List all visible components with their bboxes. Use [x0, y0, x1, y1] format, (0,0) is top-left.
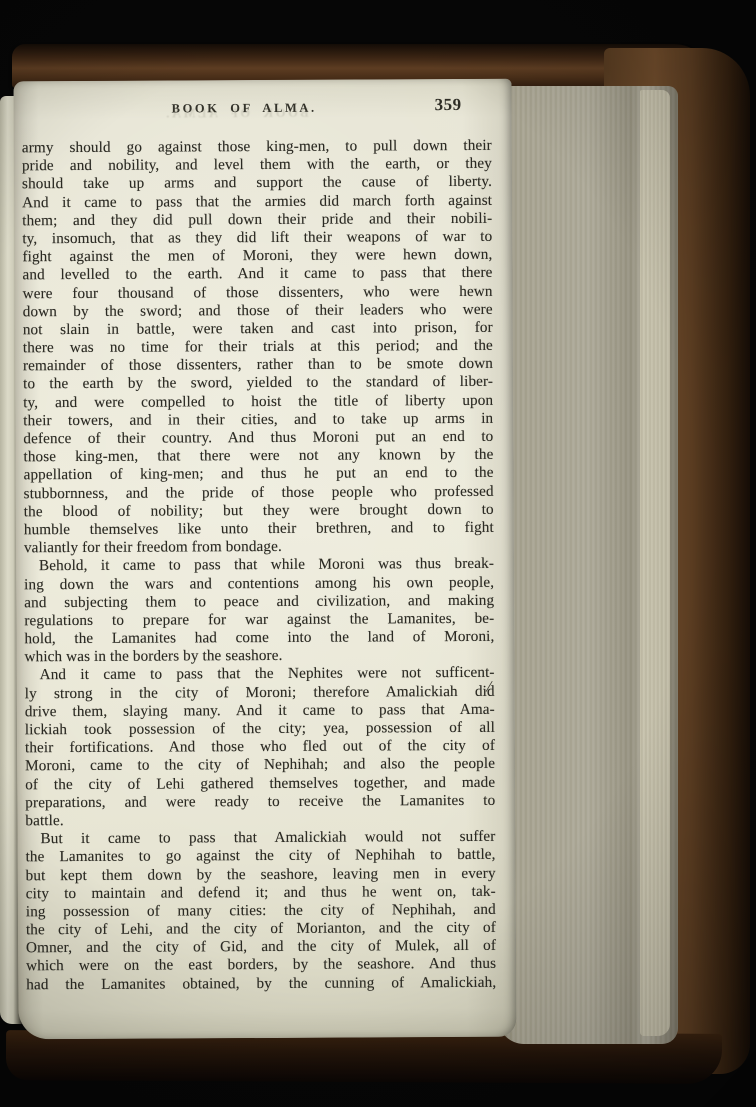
text-line: but kept them down by the seashore, leav… [26, 864, 496, 885]
text-line: valiantly for their freedom from bondage… [24, 537, 494, 558]
text-line: ing possession of many cities: the city … [26, 901, 496, 922]
text-line: were four thousand of those dissenters, … [23, 282, 493, 303]
text-line: which were on the east borders, by the s… [26, 955, 496, 976]
text-line: Omner, and the city of Gid, and the city… [26, 937, 496, 958]
book-photograph: BOOK OF ALMA. 359 BOOK OF ALMA. army sho… [0, 0, 756, 1107]
page-number: 359 [435, 95, 462, 115]
text-line: the Lamanites to go against the city of … [26, 846, 496, 867]
text-line: them; and they did pull down their pride… [22, 210, 492, 231]
text-line: And it came to pass that the Nephites we… [25, 664, 495, 685]
text-line: to the earth by the sword, yielded to th… [23, 373, 493, 394]
text-line: hold, the Lamanites had come into the la… [24, 628, 494, 649]
text-line: ly strong in the city of Moroni; therefo… [25, 682, 495, 703]
text-line: stubbornness, and the pride of those peo… [24, 482, 494, 503]
text-line: the city of Lehi, and the city of Morian… [26, 919, 496, 940]
text-line: remainder of those dissenters, rather th… [23, 355, 493, 376]
text-line: appellation of king-men; and thus he put… [24, 464, 494, 485]
text-line: which was in the borders by the seashore… [24, 646, 494, 667]
text-line: fight against the men of Moroni, they we… [22, 246, 492, 267]
ink-showthrough-text: BOOK OF ALMA. [164, 106, 309, 122]
text-line: army should go against those king-men, t… [22, 137, 492, 158]
text-line: Moroni, came to the city of Nephihah; an… [25, 755, 495, 776]
text-line: had the Lamanites obtained, by the cunni… [26, 973, 496, 994]
paragraph: And it came to pass that the Nephites we… [25, 664, 496, 830]
paragraph: army should go against those king-men, t… [22, 137, 494, 558]
text-line: But it came to pass that Amalickiah woul… [25, 828, 495, 849]
text-line: and subjecting them to peace and civiliz… [24, 591, 494, 612]
text-line: should take up arms and support the caus… [22, 173, 492, 194]
text-block: army should go against those king-men, t… [22, 137, 496, 994]
text-line: the blood of nobility; but they were bro… [24, 501, 494, 522]
text-line: Behold, it came to pass that while Moron… [24, 555, 494, 576]
text-line: humble themselves like unto their brethr… [24, 519, 494, 540]
paragraph: But it came to pass that Amalickiah woul… [25, 828, 496, 994]
text-line: And it came to pass that the armies did … [22, 191, 492, 212]
text-line: there was no time for their trials at th… [23, 337, 493, 358]
text-line: city to maintain and defend it; and thus… [26, 882, 496, 903]
text-line: regulations to prepare for war against t… [24, 610, 494, 631]
text-line: ty, and were compelled to hoist the titl… [23, 391, 493, 412]
text-line: and levelled to the earth. And it came t… [22, 264, 492, 285]
text-line: pride and nobility, and level them with … [22, 155, 492, 176]
text-line: battle. [25, 810, 495, 831]
text-line: of the city of Lehi gathered themselves … [25, 773, 495, 794]
paragraph: Behold, it came to pass that while Moron… [24, 555, 495, 667]
text-line: not slain in battle, were taken and cast… [23, 319, 493, 340]
text-line: lickiah took possession of the city; yea… [25, 719, 495, 740]
text-line: ing down the wars and contentions among … [24, 573, 494, 594]
text-line: preparations, and were ready to receive … [25, 792, 495, 813]
book-page: BOOK OF ALMA. 359 BOOK OF ALMA. army sho… [13, 79, 516, 1040]
text-line: drive them, slaying many. And it came to… [25, 701, 495, 722]
text-line: ty, insomuch, that as they did lift thei… [22, 228, 492, 249]
text-line: down by the sword; and those of their le… [23, 300, 493, 321]
page-fore-edge [498, 86, 678, 1044]
text-line: those king-men, that there were not any … [23, 446, 493, 467]
text-line: defence of their country. And thus Moron… [23, 428, 493, 449]
text-line: their fortifications. And those who fled… [25, 737, 495, 758]
text-line: their towers, and in their cities, and t… [23, 410, 493, 431]
fore-edge-light-strip [640, 90, 670, 1036]
